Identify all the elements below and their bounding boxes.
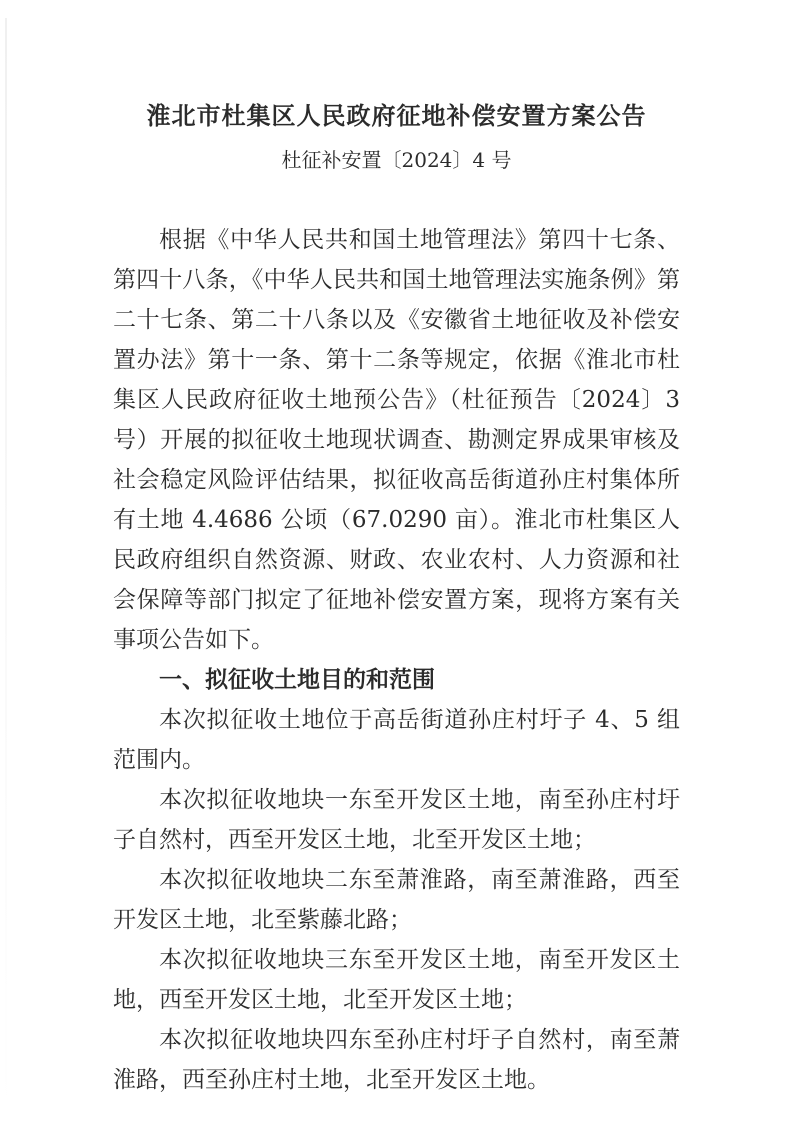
document-page: 淮北市杜集区人民政府征地补偿安置方案公告 杜征补安置〔2024〕4 号 根据《中… <box>0 0 793 1122</box>
document-body: 根据《中华人民共和国土地管理法》第四十七条、第四十八条，《中华人民共和国土地管理… <box>113 220 680 1100</box>
section-heading: 一、拟征收土地目的和范围 <box>113 660 680 700</box>
document-title: 淮北市杜集区人民政府征地补偿安置方案公告 <box>100 100 693 132</box>
paragraph: 本次拟征收土地位于高岳街道孙庄村圩子 4、5 组范围内。 <box>113 700 680 780</box>
paragraph: 根据《中华人民共和国土地管理法》第四十七条、第四十八条，《中华人民共和国土地管理… <box>113 220 680 660</box>
paragraph: 本次拟征收地块一东至开发区土地，南至孙庄村圩子自然村，西至开发区土地，北至开发区… <box>113 780 680 860</box>
paragraph: 本次拟征收地块二东至萧淮路，南至萧淮路，西至开发区土地，北至紫藤北路； <box>113 860 680 940</box>
document-number: 杜征补安置〔2024〕4 号 <box>113 146 680 174</box>
paragraph: 本次拟征收地块四东至孙庄村圩子自然村，南至萧淮路，西至孙庄村土地，北至开发区土地… <box>113 1020 680 1100</box>
paragraph: 本次拟征收地块三东至开发区土地，南至开发区土地，西至开发区土地，北至开发区土地； <box>113 940 680 1020</box>
